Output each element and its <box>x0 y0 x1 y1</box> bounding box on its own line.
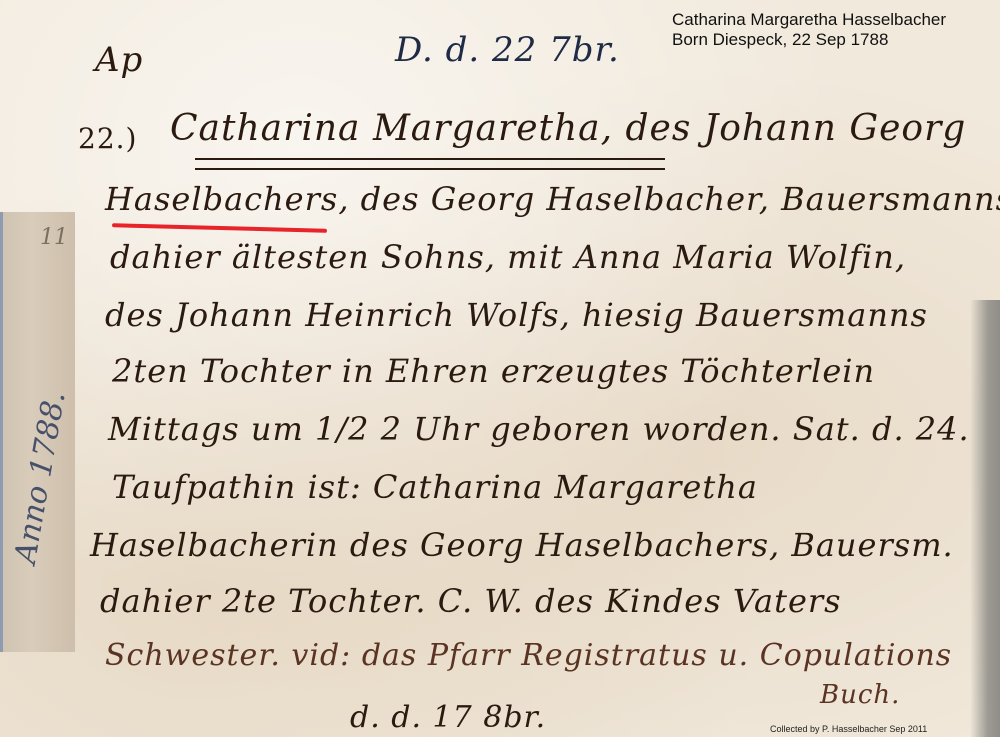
page-edge-shadow <box>970 300 1000 737</box>
manuscript-line-1: Catharina Margaretha, des Johann Georg <box>170 108 966 149</box>
entry-number: 22.) <box>78 122 137 155</box>
caption: Catharina Margaretha Hasselbacher Born D… <box>672 10 946 50</box>
bottom-fragment: d. d. 17 8br. <box>350 700 546 735</box>
margin-strip-mark: 11 <box>40 225 68 250</box>
manuscript-line-11: Buch. <box>820 680 900 710</box>
manuscript-line-9: dahier 2te Tochter. C. W. des Kindes Vat… <box>100 582 842 620</box>
manuscript-line-4: des Johann Heinrich Wolfs, hiesig Bauers… <box>105 296 928 334</box>
manuscript-line-3: dahier ältesten Sohns, mit Anna Maria Wo… <box>110 238 906 276</box>
manuscript-line-5: 2ten Tochter in Ehren erzeugtes Töchterl… <box>112 352 875 390</box>
name-double-underline <box>195 158 665 170</box>
caption-name: Catharina Margaretha Hasselbacher <box>672 10 946 30</box>
caption-birth: Born Diespeck, 22 Sep 1788 <box>672 30 946 50</box>
header-date: D. d. 22 7br. <box>395 30 620 70</box>
manuscript-line-6: Mittags um 1/2 2 Uhr geboren worden. Sat… <box>108 410 970 448</box>
manuscript-line-8: Haselbacherin des Georg Haselbachers, Ba… <box>90 526 954 564</box>
manuscript-line-10: Schwester. vid: das Pfarr Registratus u.… <box>105 638 952 673</box>
credit-text: Collected by P. Hasselbacher Sep 2011 <box>770 724 927 734</box>
manuscript-line-2: Haselbachers, des Georg Haselbacher, Bau… <box>105 180 1000 218</box>
manuscript-line-7: Taufpathin ist: Catharina Margaretha <box>112 468 758 506</box>
top-fragment: Ap <box>95 40 143 80</box>
